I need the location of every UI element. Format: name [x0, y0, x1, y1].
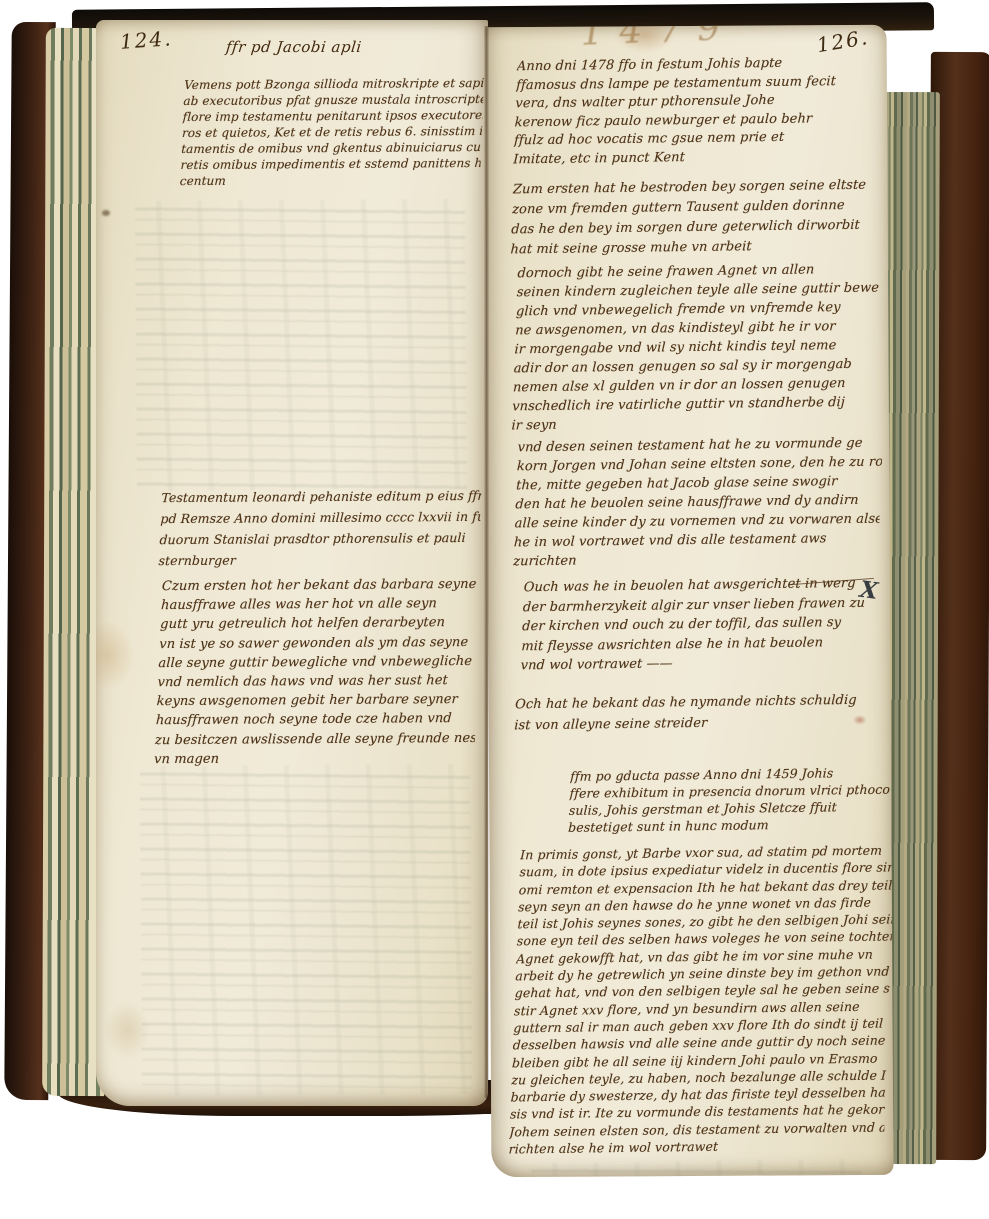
paragraph-latin-release: Vemens pott Bzonga sillioda mitroskripte… [179, 75, 484, 189]
page-number-left: 124. [119, 26, 173, 54]
manuscript-line: Czum ersten hot her bekant das barbara s… [161, 575, 482, 596]
ghost-show-through [140, 764, 472, 1096]
ghost-show-through [135, 199, 467, 491]
paragraph-eldest-sons: Zum ersten hat he bestroden bey sorgen s… [510, 176, 873, 261]
manuscript-line: sternburger [158, 548, 479, 571]
paragraph-guardians: vnd desen seinen testament hat he zu vor… [513, 434, 883, 572]
margin-x-mark: X [858, 576, 879, 605]
manuscript-line: gutt yru getreulich hot helfen derarbeyt… [160, 613, 481, 634]
right-page: 1479 126. Anno dni 1478 ffo in festum Jo… [484, 25, 893, 1177]
manuscript-line: richten alse he im wol vortrawet [508, 1136, 884, 1158]
page-number-right: 126. [815, 25, 871, 57]
paragraph-bequest-wife: Czum ersten hot her bekant das barbara s… [154, 575, 483, 769]
manuscript-line: duorum Stanislai prasdtor pthorensulis e… [159, 527, 480, 550]
page-heading-left: ffr pd Jacobi apli [225, 38, 363, 56]
paragraph-wife-agnet: dornoch gibt he seine frawen Agnet vn al… [511, 260, 883, 436]
manuscript-line: alle seyne guttir bewegliche vnd vnbeweg… [158, 652, 479, 673]
manuscript-line: vnd nemlich das haws vnd was her sust he… [157, 671, 478, 692]
manuscript-line: zu besitczen awslissende alle seyne freu… [155, 729, 476, 750]
manuscript-line: retis omibus impedimentis et sstemd pani… [180, 155, 481, 173]
manuscript-line: hausffrawe alles was her hot vn alle sey… [161, 594, 482, 615]
manuscript-line: keyns awsgenomen gebit her barbare seyne… [156, 690, 477, 711]
foxing-stain [96, 620, 134, 690]
paragraph-no-debts: Och hat he bekant das he nymande nichts … [514, 690, 881, 737]
manuscript-line: vn ist ye so sawer gewonden als ym das s… [159, 632, 480, 653]
paragraph-charity: Ouch was he in beuolen hat awsgerichtet … [520, 574, 884, 676]
paragraph-in-primis: In primis gonst, yt Barbe vxor sua, ad s… [508, 841, 893, 1157]
manuscript-line: Testamentum leonardi pehaniste editum p … [161, 485, 482, 508]
manuscript-line: ist von alleyne seine streider [514, 711, 880, 737]
manuscript-line: bestetiget sunt in hunc modum [568, 815, 889, 836]
manuscript-line: hausffrawen noch seyne tode cze haben vn… [155, 709, 476, 730]
book-gutter [484, 26, 489, 1098]
ghost-show-through [531, 1159, 861, 1177]
left-page: 124. ffr pd Jacobi apli Vemens pott Bzon… [96, 20, 488, 1106]
ink-speck-stain [102, 210, 110, 216]
paragraph-testament-heading: Testamentum leonardi pehaniste editum p … [158, 485, 482, 571]
paragraph-anno-1478: Anno dni 1478 ffo in festum Johis baptef… [513, 54, 877, 170]
manuscript-line: vnd wol vortrawet —— [520, 652, 881, 676]
paragraph-note-1459: ffm po gducta passe Anno dni 1459 Johisf… [568, 764, 891, 836]
manuscript-line: pd Remsze Anno domini millesimo cccc lxx… [160, 506, 481, 529]
manuscript-line: hat mit seine grosse muhe vn arbeit [510, 236, 871, 261]
year-inscription: 1479 [580, 25, 737, 55]
manuscript-line: centum [179, 171, 480, 189]
manuscript-line: zurichten [513, 548, 879, 572]
